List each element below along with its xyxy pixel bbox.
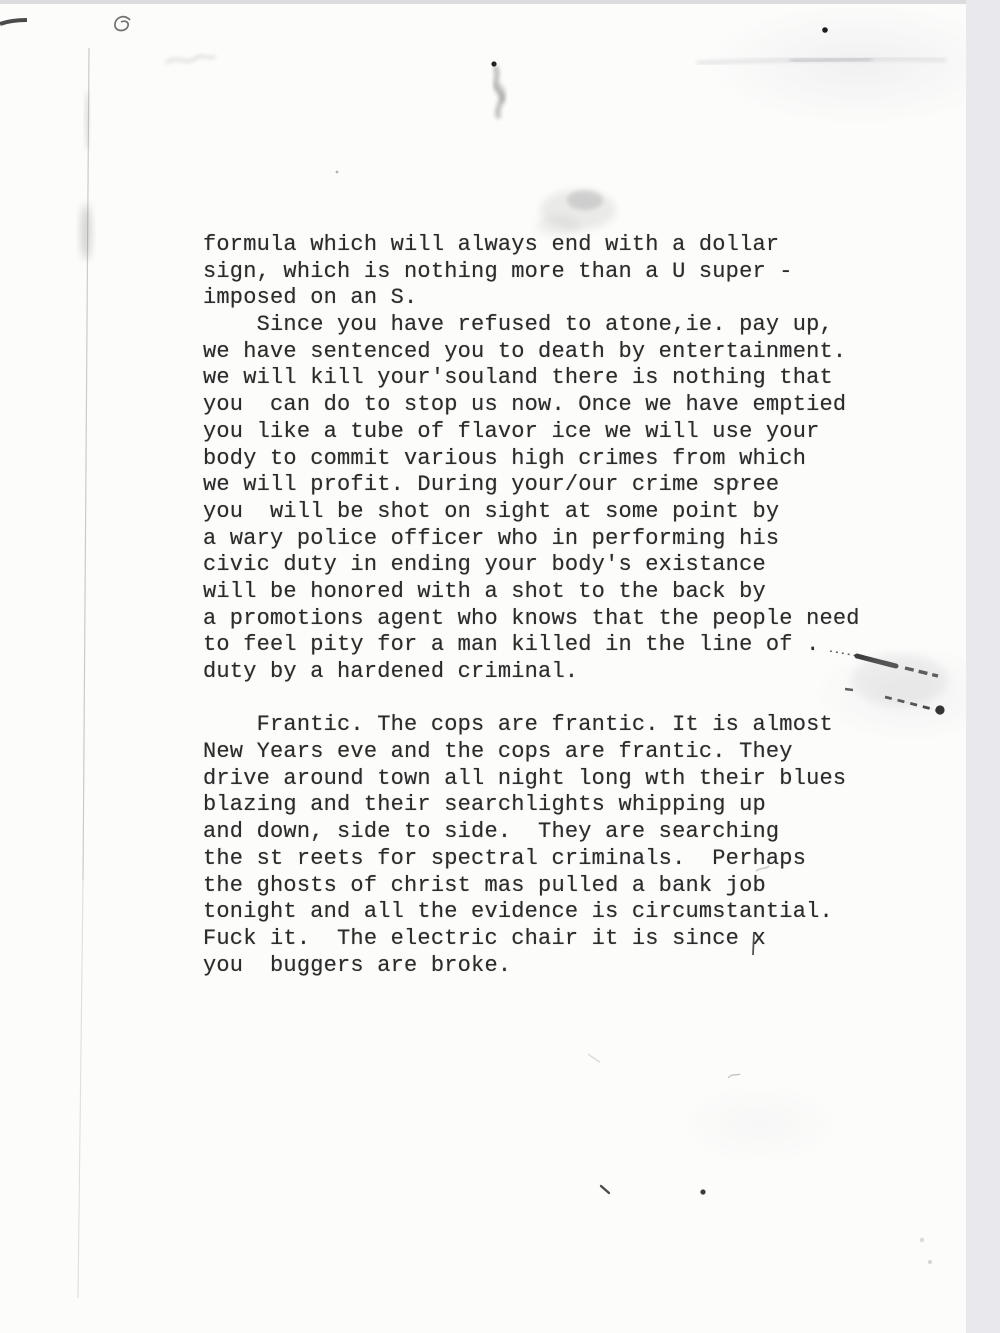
typewritten-line: a wary police officer who in performing …: [203, 526, 903, 553]
typewritten-line: Frantic. The cops are frantic. It is alm…: [203, 712, 903, 739]
typewritten-line: a promotions agent who knows that the pe…: [203, 606, 903, 633]
typewritten-line: sign, which is nothing more than a U sup…: [203, 259, 903, 286]
typewritten-line: you can do to stop us now. Once we have …: [203, 392, 903, 419]
typewritten-line: civic duty in ending your body's existan…: [203, 552, 903, 579]
scanned-document-page: formula which will always end with a dol…: [0, 0, 1000, 1333]
typewritten-text: formula which will always end with a dol…: [203, 232, 903, 979]
typewritten-line: and down, side to side. They are searchi…: [203, 819, 903, 846]
typewritten-line: you will be shot on sight at some point …: [203, 499, 903, 526]
typewritten-line: duty by a hardened criminal.: [203, 659, 903, 686]
scan-edge-right: [966, 0, 1000, 1333]
typewritten-line: will be honored with a shot to the back …: [203, 579, 903, 606]
typewritten-line: formula which will always end with a dol…: [203, 232, 903, 259]
typewritten-line: we will profit. During your/our crime sp…: [203, 472, 903, 499]
typewritten-line: blazing and their searchlights whipping …: [203, 792, 903, 819]
typewritten-line: tonight and all the evidence is circumst…: [203, 899, 903, 926]
typewritten-line: you buggers are broke.: [203, 953, 903, 980]
typewritten-line: the ghosts of christ mas pulled a bank j…: [203, 873, 903, 900]
typewritten-line: you like a tube of flavor ice we will us…: [203, 419, 903, 446]
typewritten-line: New Years eve and the cops are frantic. …: [203, 739, 903, 766]
typewritten-line: to feel pity for a man killed in the lin…: [203, 632, 903, 659]
typewritten-line: we have sentenced you to death by entert…: [203, 339, 903, 366]
typewritten-line: the st reets for spectral criminals. Per…: [203, 846, 903, 873]
paragraph-2: Frantic. The cops are frantic. It is alm…: [203, 712, 903, 979]
paragraph-1: formula which will always end with a dol…: [203, 232, 903, 686]
typewritten-line: imposed on an S.: [203, 285, 903, 312]
typewritten-line: Fuck it. The electric chair it is since …: [203, 926, 903, 953]
typewritten-line: Since you have refused to atone,ie. pay …: [203, 312, 903, 339]
typewritten-line: drive around town all night long wth the…: [203, 766, 903, 793]
typewritten-line: we will kill your'souland there is nothi…: [203, 365, 903, 392]
typewritten-line: body to commit various high crimes from …: [203, 446, 903, 473]
